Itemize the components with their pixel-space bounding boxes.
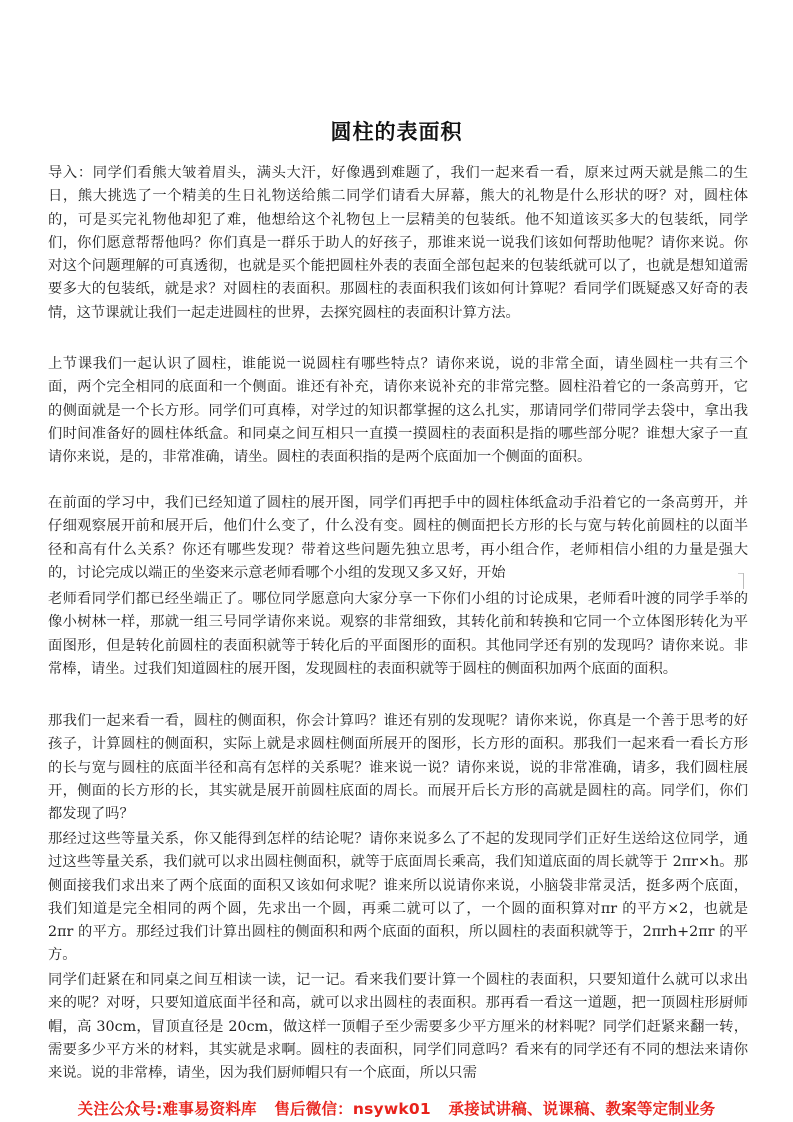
footer-banner: 关注公众号:难事易资料库 售后微信：nsywk01 承接试讲稿、说课稿、教案等定…	[0, 1096, 793, 1122]
document-title: 圆柱的表面积	[0, 116, 793, 146]
paragraph-sharing: 老师看同学们都已经坐端正了。哪位同学愿意向大家分享一下你们小组的讨论成果，老师看…	[48, 588, 748, 681]
page-break-tick	[738, 573, 743, 574]
footer-aftersales-wechat: 售后微信：nsywk01	[274, 1100, 430, 1118]
paragraph-review: 上节课我们一起认识了圆柱，谁能说一说圆柱有哪些特点？请你来说，说的非常全面，请坐…	[48, 353, 748, 469]
page-break-mark	[743, 573, 744, 589]
paragraph-lateral-area: 那我们一起来看一看，圆柱的侧面积，你会计算吗？谁还有别的发现呢？请你来说，你真是…	[48, 710, 748, 826]
paragraph-formula: 那经过这些等量关系，你又能得到怎样的结论呢？请你来说多么了不起的发现同学们正好生…	[48, 828, 748, 968]
footer-wechat-account: 关注公众号:难事易资料库	[78, 1100, 257, 1118]
document-page: 圆柱的表面积 导入：同学们看熊大皱着眉头，满头大汗，好像遇到难题了，我们一起来看…	[0, 0, 793, 1122]
paragraph-exploration: 在前面的学习中，我们已经知道了圆柱的展开图，同学们再把手中的圆柱体纸盒动手沿着它…	[48, 492, 748, 585]
paragraph-intro: 导入：同学们看熊大皱着眉头，满头大汗，好像遇到难题了，我们一起来看一看，原来过两…	[48, 162, 748, 325]
footer-custom-service: 承接试讲稿、说课稿、教案等定制业务	[448, 1100, 715, 1118]
paragraph-practice: 同学们赶紧在和同桌之间互相读一读，记一记。看来我们要计算一个圆柱的表面积，只要知…	[48, 969, 748, 1085]
